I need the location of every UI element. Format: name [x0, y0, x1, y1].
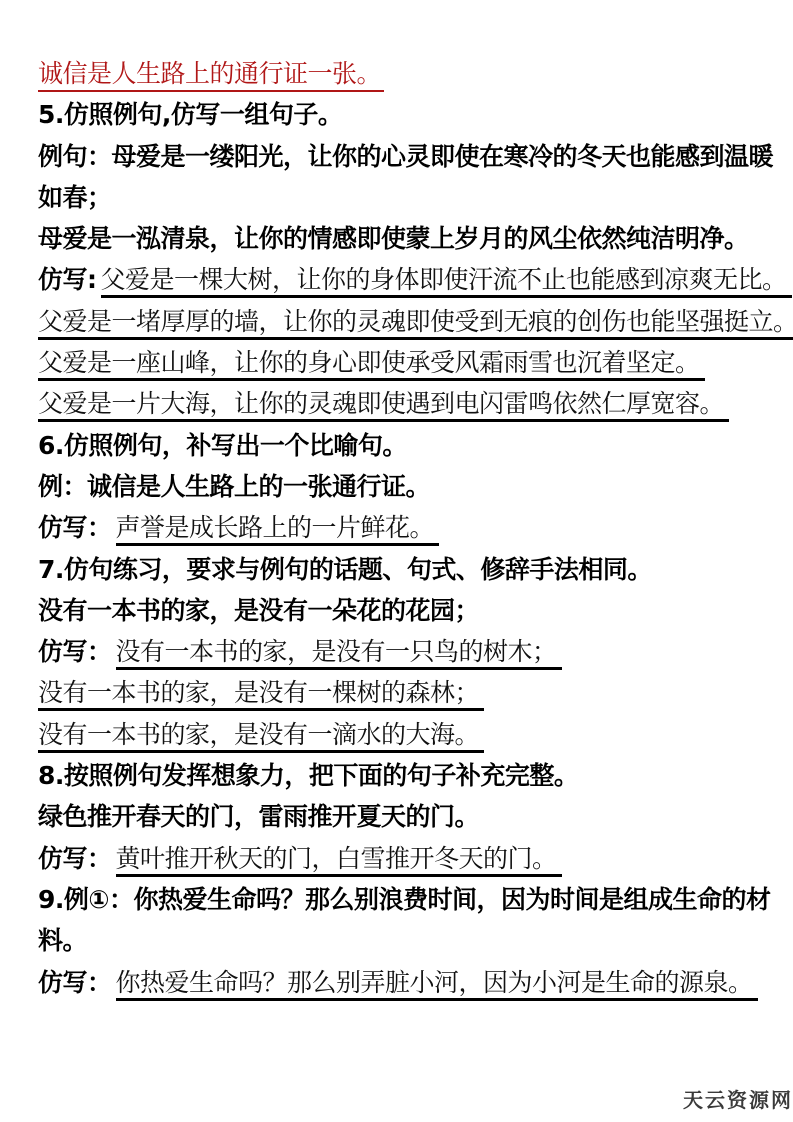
question-5-answer-2: 父爱是一堵厚厚的墙，让你的灵魂即使受到无痕的创伤也能坚强挺立。	[38, 301, 775, 342]
question-7-example: 没有一本书的家，是没有一朵花的花园；	[38, 590, 775, 631]
question-6-answer: 仿写：声誉是成长路上的一片鲜花。	[38, 507, 775, 548]
title-text: 诚信是人生路上的通行证一张。	[38, 59, 384, 92]
answer-text: 父爱是一座山峰，让你的身心即使承受风霜雨雪也沉着坚定。	[38, 348, 705, 381]
worksheet-page: 诚信是人生路上的通行证一张。 5.仿照例句,仿写一组句子。 例句：母爱是一缕阳光…	[0, 0, 793, 1122]
answer-text: 没有一本书的家，是没有一滴水的大海。	[38, 720, 484, 753]
answer-text: 声誉是成长路上的一片鲜花。	[116, 513, 440, 546]
question-7-answer-3: 没有一本书的家，是没有一滴水的大海。	[38, 714, 775, 755]
title-line: 诚信是人生路上的通行证一张。	[38, 53, 775, 94]
answer-label: 仿写：	[38, 968, 116, 997]
answer-label: 仿写：	[38, 513, 116, 542]
question-5-prompt: 5.仿照例句,仿写一组句子。	[38, 94, 775, 135]
answer-label: 仿写:	[38, 265, 101, 294]
question-6-prompt: 6.仿照例句，补写出一个比喻句。	[38, 425, 775, 466]
question-9-prompt: 9.例①：你热爱生命吗？那么别浪费时间，因为时间是组成生命的材	[38, 879, 775, 920]
site-watermark: 天云资源网	[683, 1084, 793, 1113]
question-8-prompt: 8.按照例句发挥想象力，把下面的句子补充完整。	[38, 755, 775, 796]
question-9-answer: 仿写：你热爱生命吗？那么别弄脏小河，因为小河是生命的源泉。	[38, 962, 775, 1003]
question-5-answer-1: 仿写:父爱是一棵大树，让你的身体即使汗流不止也能感到凉爽无比。	[38, 259, 775, 300]
question-8-answer: 仿写：黄叶推开秋天的门，白雪推开冬天的门。	[38, 838, 775, 879]
worksheet-body: 诚信是人生路上的通行证一张。 5.仿照例句,仿写一组句子。 例句：母爱是一缕阳光…	[0, 0, 793, 1003]
answer-text: 父爱是一棵大树，让你的身体即使汗流不止也能感到凉爽无比。	[101, 265, 792, 298]
answer-text: 父爱是一片大海，让你的灵魂即使遇到电闪雷鸣依然仁厚宽容。	[38, 389, 729, 422]
answer-text: 没有一本书的家，是没有一只鸟的树木；	[116, 637, 562, 670]
answer-text: 黄叶推开秋天的门，白雪推开冬天的门。	[116, 844, 562, 877]
question-7-prompt: 7.仿句练习，要求与例句的话题、句式、修辞手法相同。	[38, 549, 775, 590]
answer-text: 没有一本书的家，是没有一棵树的森林；	[38, 678, 484, 711]
question-6-example: 例：诚信是人生路上的一张通行证。	[38, 466, 775, 507]
question-5-example-1: 例句：母爱是一缕阳光，让你的心灵即使在寒冷的冬天也能感到温暖	[38, 136, 775, 177]
answer-text: 父爱是一堵厚厚的墙，让你的灵魂即使受到无痕的创伤也能坚强挺立。	[38, 307, 793, 340]
question-5-example-2: 母爱是一泓清泉，让你的情感即使蒙上岁月的风尘依然纯洁明净。	[38, 218, 775, 259]
question-8-example: 绿色推开春天的门，雷雨推开夏天的门。	[38, 796, 775, 837]
answer-label: 仿写：	[38, 637, 116, 666]
question-5-example-1-wrap: 如春；	[38, 177, 775, 218]
question-5-answer-4: 父爱是一片大海，让你的灵魂即使遇到电闪雷鸣依然仁厚宽容。	[38, 383, 775, 424]
question-5-answer-3: 父爱是一座山峰，让你的身心即使承受风霜雨雪也沉着坚定。	[38, 342, 775, 383]
answer-label: 仿写：	[38, 844, 116, 873]
question-9-prompt-wrap: 料。	[38, 920, 775, 961]
question-7-answer-2: 没有一本书的家，是没有一棵树的森林；	[38, 672, 775, 713]
answer-text: 你热爱生命吗？那么别弄脏小河，因为小河是生命的源泉。	[116, 968, 758, 1001]
question-7-answer-1: 仿写：没有一本书的家，是没有一只鸟的树木；	[38, 631, 775, 672]
